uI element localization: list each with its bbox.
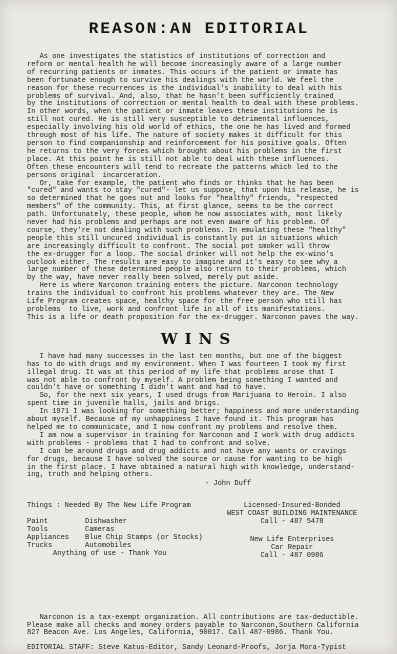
wins-paragraph: So, for the next six years, I used drugs… <box>27 393 371 409</box>
editorial-staff-line: EDITORIAL STAFF: Steve Katus-Editor, San… <box>27 645 371 653</box>
needs-and-services-section: Things : Needed By The New Life Program … <box>27 503 371 570</box>
needs-heading: Things : Needed By The New Life Program <box>27 503 213 511</box>
page-title: REASON:AN EDITORIAL <box>27 20 371 38</box>
service-phone: Call - 487 5478 <box>213 519 371 527</box>
editorial-paragraph: As one investigates the statistics of in… <box>27 54 371 181</box>
needs-list: Things : Needed By The New Life Program … <box>27 503 213 570</box>
wins-paragraph: I can be around drugs and drug addicts a… <box>27 449 371 481</box>
tax-exempt-note: Narconon is a tax-exempt organization. A… <box>27 615 371 639</box>
wins-paragraph: I have had many successes in the last te… <box>27 354 371 394</box>
newsletter-page: REASON:AN EDITORIAL As one investigates … <box>0 0 397 654</box>
wins-section: I have had many successes in the last te… <box>27 354 371 489</box>
needs-row: Paint Dishwasher <box>27 519 213 527</box>
wins-heading: WINS <box>27 330 371 348</box>
page-content: REASON:AN EDITORIAL As one investigates … <box>27 18 371 653</box>
service-phone: Call - 487 0986 <box>213 553 371 561</box>
services-column: Licensed-Insured-Bonded WEST COAST BUILD… <box>213 503 371 570</box>
editorial-paragraph: Here is where Narconon training enters t… <box>27 283 371 323</box>
wins-signature: - John Duff <box>27 481 371 489</box>
needs-footer: Anything of use - Thank You <box>27 551 213 559</box>
editorial-paragraph: Or, take for example, the patient who fi… <box>27 181 371 284</box>
services-block-maintenance: Licensed-Insured-Bonded WEST COAST BUILD… <box>213 503 371 527</box>
editorial-section: As one investigates the statistics of in… <box>27 54 371 323</box>
wins-paragraph: In 1971 I was looking for something bett… <box>27 409 371 433</box>
services-block-enterprises: New Life Enterprises Car Repair Call - 4… <box>213 537 371 561</box>
wins-paragraph: I am now a supervisor in training for Na… <box>27 433 371 449</box>
